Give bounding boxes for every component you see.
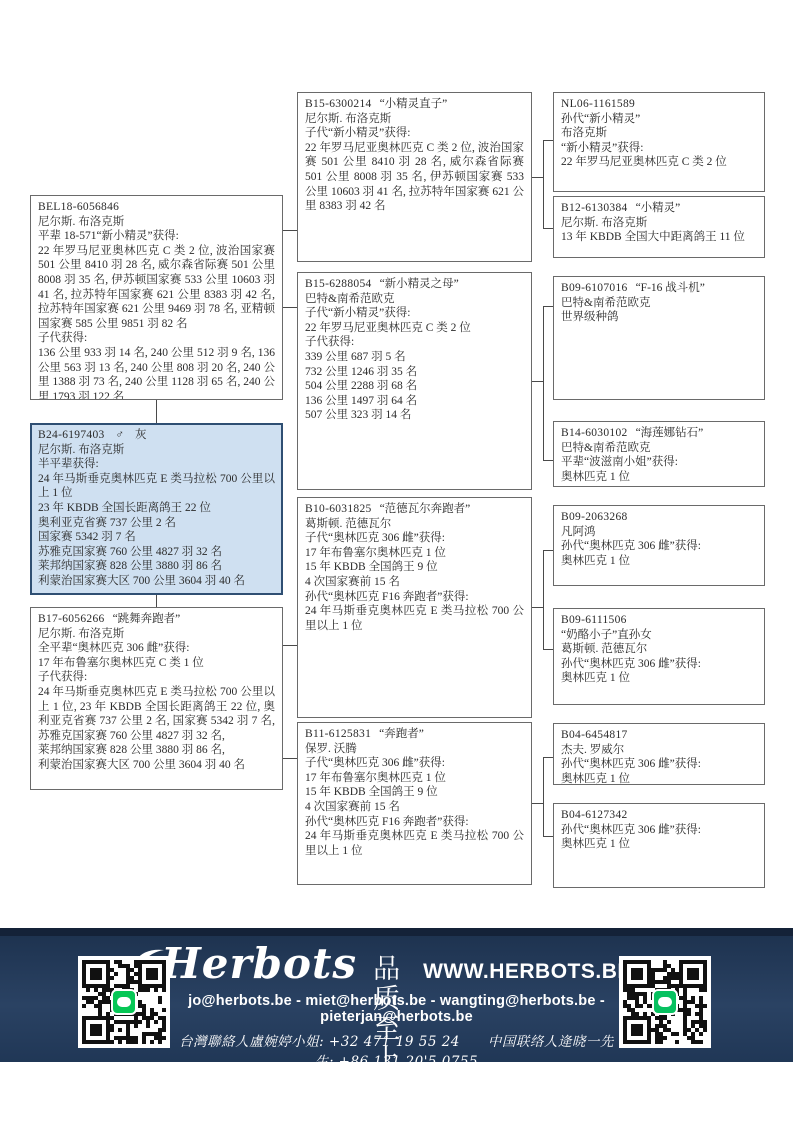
contact-phone-numbers: 台灣聯絡人盧婉婷小姐: +32 471 19 55 24 中国联络人逄晓一先生:… [172, 1030, 621, 1070]
ring-number: B17-6056266 [38, 613, 105, 625]
ring-number: B15-6300214 [305, 98, 372, 110]
connector-line [543, 757, 553, 758]
ring-number: B12-6130384 [561, 202, 628, 214]
ring-number: B14-6030102 [561, 427, 628, 439]
ring-number: B04-6127342 [561, 809, 628, 821]
qr-code-wechat [619, 956, 711, 1048]
pedigree-box-greatgrandparent: B04-6454817 杰夫. 罗威尔 孙代“奥林匹克 306 雌”获得: 奥林… [553, 723, 765, 785]
pedigree-box-greatgrandparent: B14-6030102“海莲娜钻石” 巴特&南希范欧克 平辈“波滋南小姐”获得:… [553, 421, 765, 487]
connector-line [543, 306, 553, 307]
box-details: 巴特&南希范欧克 子代“新小精灵”获得: 22 年罗马尼亚奥林匹克 C 类 2 … [305, 292, 524, 423]
ring-number: B04-6454817 [561, 729, 628, 741]
pedigree-box-greatgrandparent: B09-6111506 “奶酪小子”直孙女 葛斯顿. 范德瓦尔 孙代“奥林匹克 … [553, 608, 765, 705]
connector-line [543, 140, 553, 141]
pedigree-box-grandparent: B11-6125831“奔跑者” 保罗. 沃腾 子代“奥林匹克 306 雌”获得… [297, 722, 532, 885]
qr-code-line [78, 956, 170, 1048]
wechat-icon [652, 989, 678, 1015]
connector-line [543, 228, 553, 229]
website-url: WWW.HERBOTS.BE [423, 960, 632, 984]
connector-line [156, 400, 157, 423]
ring-number: B09-6111506 [561, 614, 627, 626]
pedigree-box-greatgrandparent: B09-6107016“F-16 战斗机” 巴特&南希范欧克 世界级种鸽 [553, 276, 765, 400]
connector-line [532, 803, 543, 804]
connector-line [543, 550, 544, 650]
box-details: 尼尔斯. 布洛克斯 子代“新小精灵”获得: 22 年罗马尼亚奥林匹克 C 类 2… [305, 112, 524, 214]
pedigree-box-dam: B17-6056266“跳舞奔跑者” 尼尔斯. 布洛克斯 全平辈“奥林匹克 30… [30, 607, 283, 790]
color-label: 灰 [135, 429, 147, 441]
box-details: 杰夫. 罗威尔 孙代“奥林匹克 306 雌”获得: 奥林匹克 1 位 [561, 743, 757, 785]
pedigree-box-sire: BEL18-6056846 尼尔斯. 布洛克斯 平辈 18-571“新小精灵”获… [30, 195, 283, 400]
ring-number: B11-6125831 [305, 728, 371, 740]
connector-line [543, 649, 553, 650]
pedigree-box-subject: B24-6197403 ♂ 灰 尼尔斯. 布洛克斯 半平辈获得: 24 年马斯垂… [30, 423, 283, 595]
connector-line [543, 836, 553, 837]
pedigree-box-grandparent: B15-6288054“新小精灵之母” 巴特&南希范欧克 子代“新小精灵”获得:… [297, 272, 532, 490]
box-details: 孙代“奥林匹克 306 雌”获得: 奥林匹克 1 位 [561, 823, 757, 852]
ring-number: B15-6288054 [305, 278, 372, 290]
pedigree-box-greatgrandparent: NL06-1161589 孙代“新小精灵” 布洛克斯 “新小精灵”获得: 22 … [553, 92, 765, 192]
line-icon [111, 989, 137, 1015]
pedigree-box-grandparent: B15-6300214“小精灵直子” 尼尔斯. 布洛克斯 子代“新小精灵”获得:… [297, 92, 532, 262]
pigeon-name: “跳舞奔跑者” [113, 613, 181, 625]
box-details: 凡阿鸿 孙代“奥林匹克 306 雌”获得: 奥林匹克 1 位 [561, 525, 757, 569]
connector-line [543, 757, 544, 837]
connector-line [543, 460, 553, 461]
pedigree-box-greatgrandparent: B12-6130384“小精灵” 尼尔斯. 布洛克斯 13 年 KBDB 全国大… [553, 196, 765, 258]
box-details: 尼尔斯. 布洛克斯 13 年 KBDB 全国大中距离鸽王 11 位 [561, 216, 757, 245]
ring-number: B09-6107016 [561, 282, 628, 294]
connector-line [283, 758, 297, 759]
pigeon-name: “小精灵” [636, 202, 681, 214]
pedigree-box-grandparent: B10-6031825“范德瓦尔奔跑者” 葛斯顿. 范德瓦尔 子代“奥林匹克 3… [297, 497, 532, 718]
box-details: 尼尔斯. 布洛克斯 半平辈获得: 24 年马斯垂克奥林匹克 E 类马拉松 700… [38, 443, 275, 589]
pigeon-name: “范德瓦尔奔跑者” [380, 503, 471, 515]
connector-line [283, 645, 297, 646]
box-details: 葛斯顿. 范德瓦尔 子代“奥林匹克 306 雌”获得: 17 年布鲁塞尔奥林匹克… [305, 517, 524, 634]
footer-content: Herbots 品质至上 WWW.HERBOTS.BE jo@herbots.b… [172, 942, 621, 1122]
footer-slogan: 贺伯特家族...秉持品质第一与诚实可靠，力求提供完美的服务！ [172, 1074, 621, 1122]
footer-banner: Herbots 品质至上 WWW.HERBOTS.BE jo@herbots.b… [0, 928, 793, 1062]
pigeon-name: “新小精灵之母” [380, 278, 459, 290]
connector-line [532, 381, 543, 382]
herbots-logo: Herbots [161, 942, 357, 986]
sex-symbol: ♂ [115, 429, 124, 441]
connector-line [283, 230, 297, 231]
herbots-logo-text: Herbots [161, 939, 357, 988]
ring-number: NL06-1161589 [561, 98, 635, 110]
ring-number: B10-6031825 [305, 503, 372, 515]
box-details: 巴特&南希范欧克 世界级种鸽 [561, 296, 757, 325]
box-details: 保罗. 沃腾 子代“奥林匹克 306 雌”获得: 17 年布鲁塞尔奥林匹克 1 … [305, 742, 524, 859]
pigeon-name: “海莲娜钻石” [636, 427, 704, 439]
connector-line [283, 307, 297, 308]
footer-logo-row: Herbots 品质至上 WWW.HERBOTS.BE [172, 942, 621, 990]
connector-line [543, 306, 544, 461]
ring-number: BEL18-6056846 [38, 201, 119, 213]
email-addresses: jo@herbots.be - miet@herbots.be - wangti… [172, 993, 621, 1025]
box-details: “奶酪小子”直孙女 葛斯顿. 范德瓦尔 孙代“奥林匹克 306 雌”获得: 奥林… [561, 628, 757, 686]
connector-line [543, 550, 553, 551]
pigeon-name: “小精灵直子” [380, 98, 448, 110]
box-details: 尼尔斯. 布洛克斯 全平辈“奥林匹克 306 雌”获得: 17 年布鲁塞尔奥林匹… [38, 627, 275, 773]
box-details: 巴特&南希范欧克 平辈“波滋南小姐”获得: 奥林匹克 1 位 [561, 441, 757, 485]
pedigree-box-greatgrandparent: B04-6127342 孙代“奥林匹克 306 雌”获得: 奥林匹克 1 位 [553, 803, 765, 888]
box-details: 尼尔斯. 布洛克斯 平辈 18-571“新小精灵”获得: 22 年罗马尼亚奥林匹… [38, 215, 275, 400]
box-details: 孙代“新小精灵” 布洛克斯 “新小精灵”获得: 22 年罗马尼亚奥林匹克 C 类… [561, 112, 757, 170]
pigeon-name: “奔跑者” [379, 728, 424, 740]
pedigree-box-greatgrandparent: B09-2063268 凡阿鸿 孙代“奥林匹克 306 雌”获得: 奥林匹克 1… [553, 505, 765, 586]
connector-line [543, 140, 544, 229]
pigeon-name: “F-16 战斗机” [636, 282, 705, 294]
connector-line [532, 177, 543, 178]
ring-number: B24-6197403 [38, 429, 105, 441]
connector-line [156, 595, 157, 607]
ring-number: B09-2063268 [561, 511, 628, 523]
pedigree-page: BEL18-6056846 尼尔斯. 布洛克斯 平辈 18-571“新小精灵”获… [0, 0, 793, 1122]
connector-line [532, 607, 543, 608]
